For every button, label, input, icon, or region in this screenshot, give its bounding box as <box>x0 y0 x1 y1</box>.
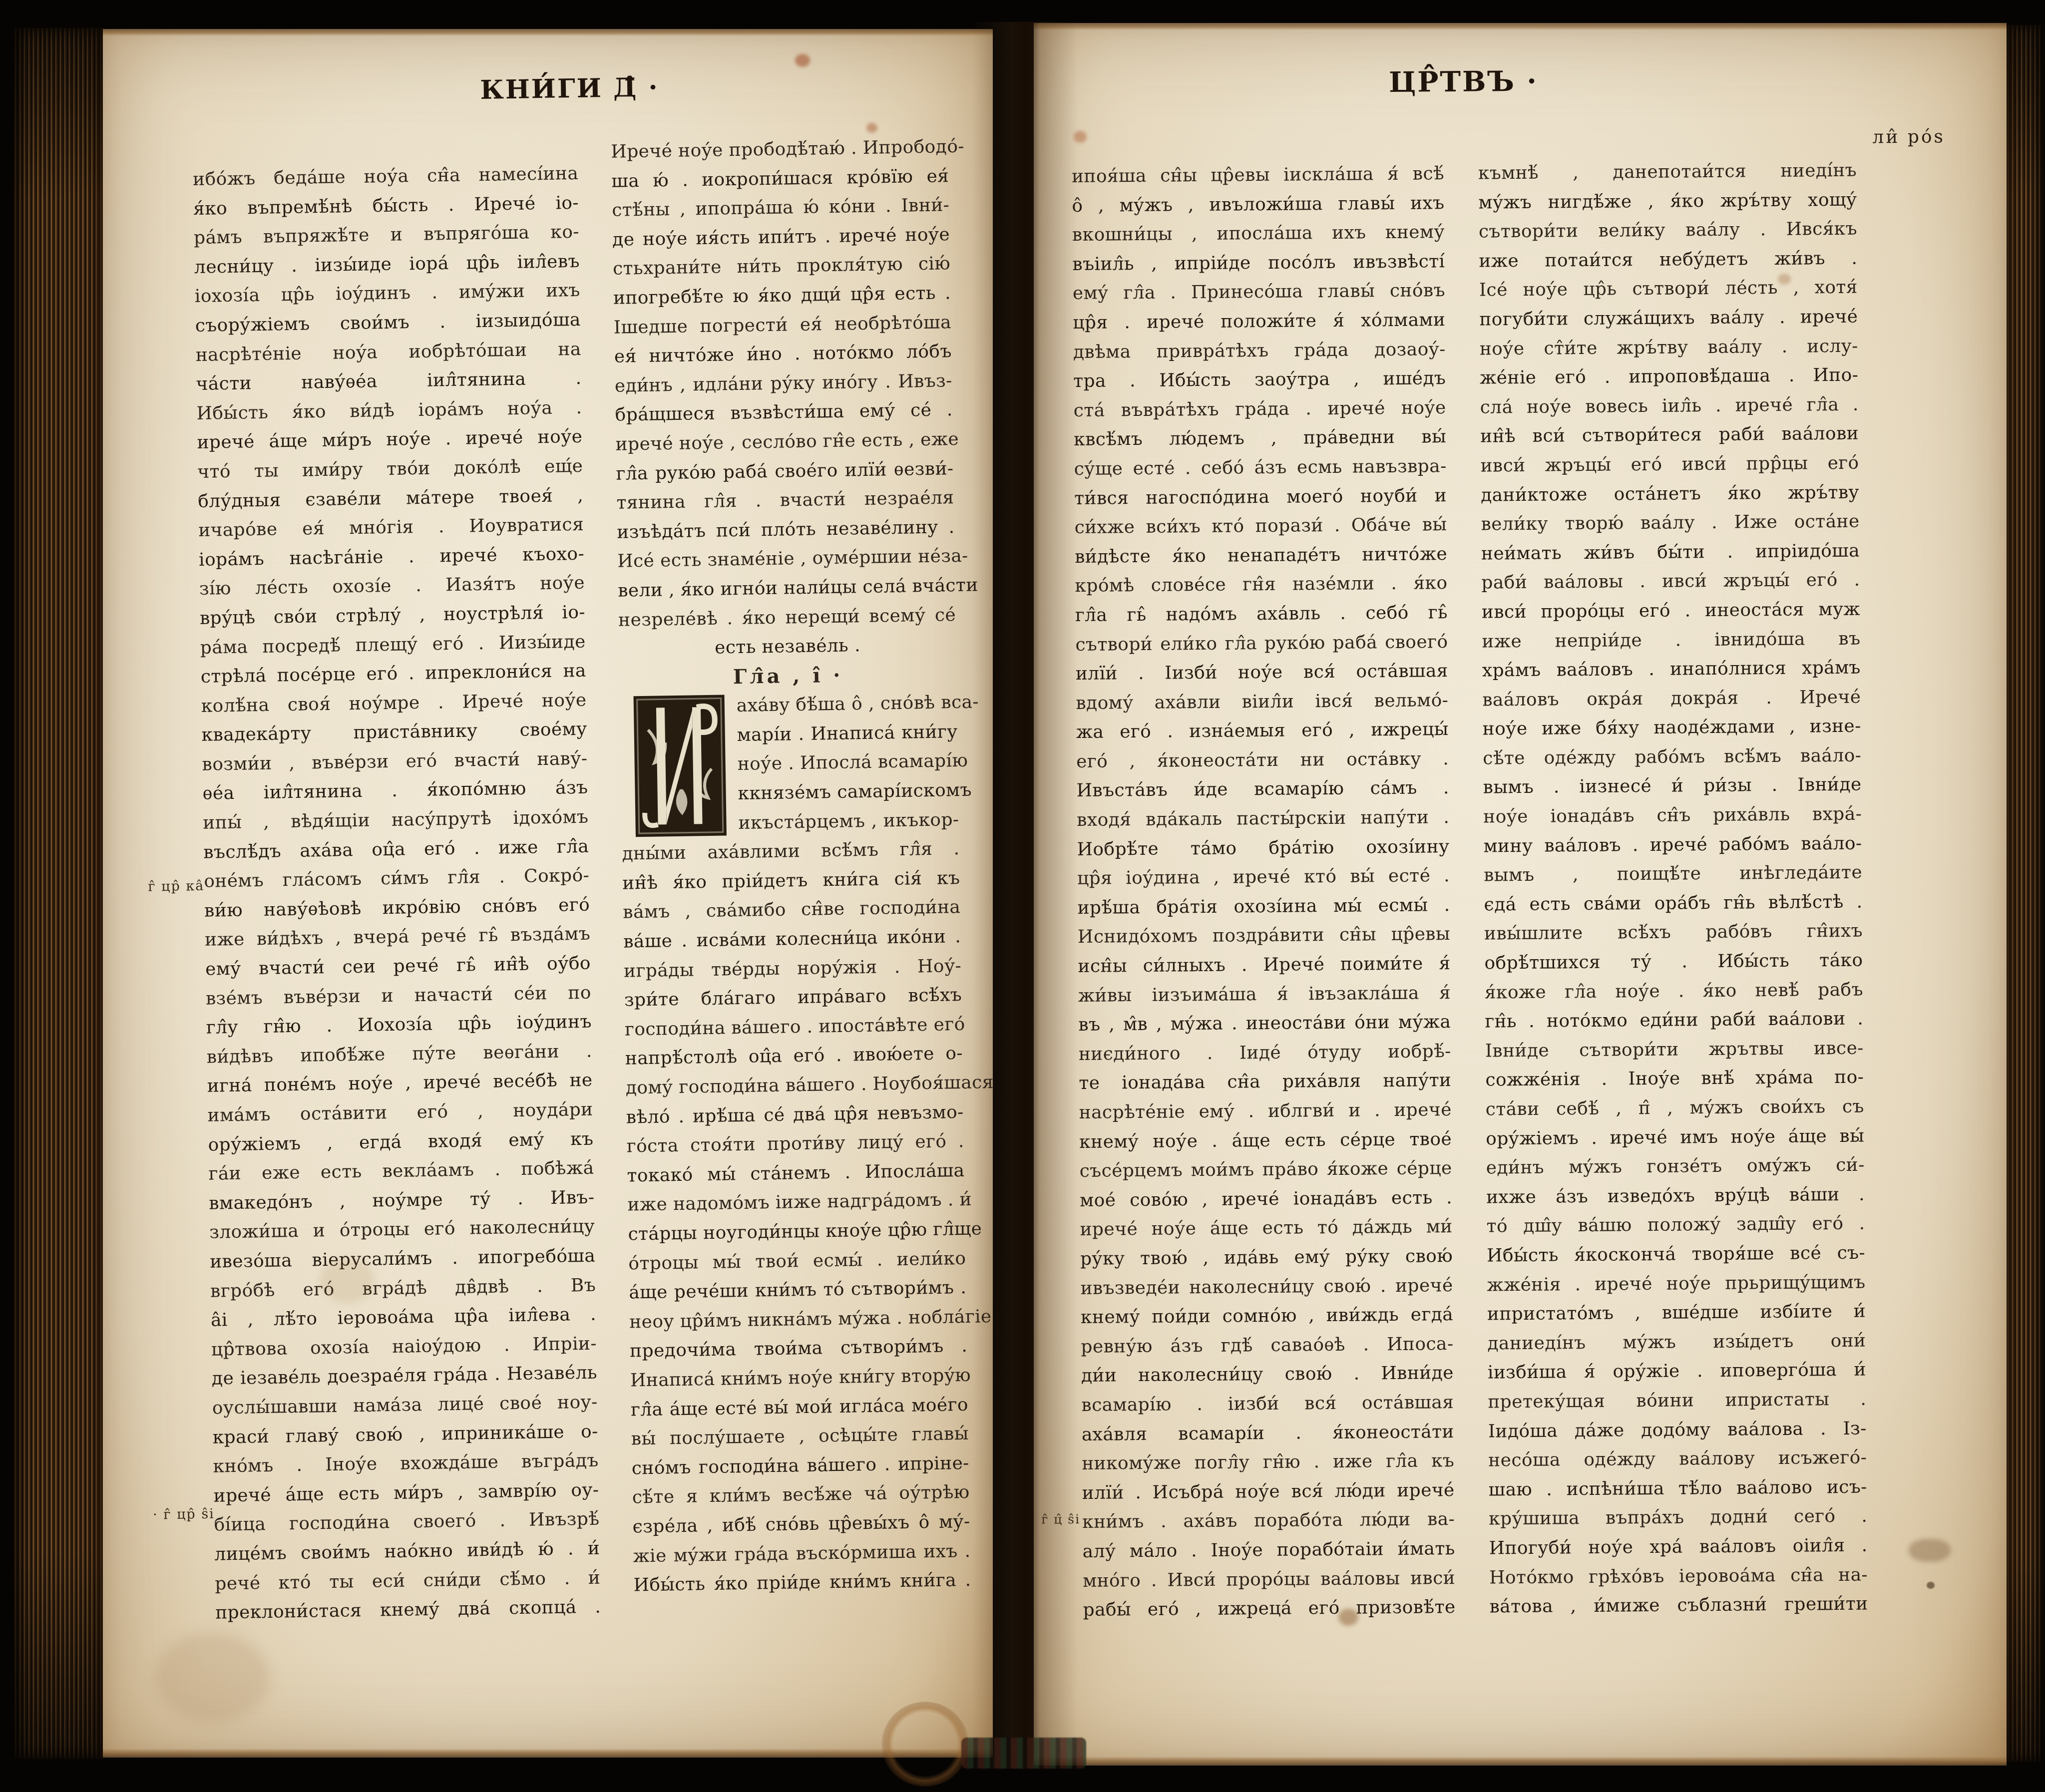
text-line: ивси́ жръцы́ его́ ивси́ прр̂цы его́ <box>1480 449 1859 481</box>
text-line: стьхрани́те ни́ть прокля́тую сію́ <box>613 250 951 284</box>
text-line: ирѣ́ша бра́тія охозі́ина мы́ есмы́ . <box>1077 891 1450 923</box>
text-line: іизби́ша я́ ору́жіе . иповерго́ша и́ <box>1488 1356 1866 1388</box>
text-line: неи́мать жи́въ бы́ти . ипріидо́ша <box>1481 536 1860 569</box>
text-line: ин̂ѣ вси́ сътвори́теся раби́ ваа́лови <box>1480 419 1859 452</box>
text-line: оне́мъ гла́сомъ си́мъ гл̂я . Сокро́- <box>204 861 590 897</box>
text-line: вели́ку творю́ ваа́лу . Иже оста́не <box>1481 507 1859 540</box>
text-line: аха́ву бѣ́ша о̂ , сно́вѣ вса- <box>736 688 957 721</box>
text-line: же́ніе его́ . ипроповѣ́даша . Ипо- <box>1480 361 1858 393</box>
text-line: те іонада́ва сн̂а риха́вля напу́ти <box>1079 1067 1451 1098</box>
text-line: Ибы́сть я́ко ви́дѣ іора́мъ ноу́а . <box>196 393 582 429</box>
text-line: о̂ , му́жъ , ивъложи́ша главы́ ихъ <box>1072 189 1444 221</box>
right-page-column-2: къмнѣ́ , данепотаи́тся ниеді́нъму́жъ ниг… <box>1478 156 1868 1622</box>
text-line: цр̂я . ирече́ положи́те я́ хо́лмами <box>1073 306 1445 338</box>
text-line: Ирече́ ноу́е прободѣ́таю́ . Ипрободо́- <box>611 132 949 167</box>
text-line: цр̂я іоу́дина , ирече́ кто́ вы́ есте́ . <box>1077 861 1450 893</box>
text-line: кро́мѣ слове́се гн̂я назе́мли . я́ко <box>1075 569 1447 601</box>
text-line: сожже́нія . Іноу́е внѣ́ хра́ма по- <box>1485 1063 1864 1095</box>
text-line: мно́го . Ивси́ проро́цы ваа́ловы ивси́ <box>1083 1564 1455 1596</box>
text-line: ноу́е иже бя́ху наоде́ждами , изне- <box>1483 712 1861 744</box>
text-line: иже ви́дѣхъ , вчера́ рече́ гь̂ възда́мъ <box>205 920 591 955</box>
text-line: ипристато́мъ , вше́дше избі́ите и́ <box>1487 1297 1866 1330</box>
text-line: тра . Ибы́сть заоу́тра , ише́дъ <box>1073 364 1446 396</box>
text-line: кни́мъ . аха́въ порабо́та лю́ди ва- <box>1082 1505 1455 1537</box>
text-line: илїи́ . Іизби́ ноу́е вся́ оста́вшая <box>1076 657 1448 689</box>
text-line: ирече́ ноу́е а́ще есть то́ да́ждь ми́ <box>1080 1212 1452 1244</box>
text-line: рече́ кто́ ты еси́ сни́ди сѣ́мо . и́ <box>215 1563 601 1599</box>
text-line: жіе му́жи гра́да въско́рмиша ихъ . <box>633 1536 971 1571</box>
text-line: незреле́вѣ . я́ко нерещи́ всему́ се́ <box>618 601 956 635</box>
text-line: зри́те бла́гаго ипра́ваго всѣ́хъ <box>624 981 962 1015</box>
text-line: въіил̂ь , ипріи́де посо́лъ ивъзвѣсті́ <box>1072 247 1445 279</box>
text-line: ноу́е іонада́въ сн̂ъ риха́вль вхра́- <box>1483 800 1862 832</box>
right-running-title: ЦР̂ТВЪ · <box>1071 62 1856 101</box>
text-line: кнему́ пои́ди сомно́ю , иви́ждь егда́ <box>1081 1300 1453 1332</box>
text-line: о́троцы мы́ твои́ есмы́ . иели́ко <box>628 1244 966 1279</box>
text-line: обрѣ́тшихся ту́ . Ибы́сть та́ко <box>1484 946 1863 979</box>
text-line: Исе́ есть знаме́ніе , оуме́ршии не́за- <box>617 542 955 576</box>
text-line: бі́ица господи́на своего́ . Ивъзрѣ́ <box>214 1505 600 1540</box>
text-line: Ивъста́въ и́де всамарі́ю са́мъ . <box>1076 774 1449 806</box>
text-line: ибо́жъ беда́ше ноу́а сн̂а намесі́ина <box>193 159 579 195</box>
text-line: икъста́рцемъ , икъкор- <box>738 805 959 838</box>
margin-note-reference-3: г̂ ц̂ ѕ̂і <box>1041 1512 1080 1527</box>
text-line: ирече́ ноу́е , сесло́во гн̂е есть , еже <box>615 425 953 459</box>
text-line: колѣ́на своя́ ноу́мре . Ирече́ ноу́е <box>201 686 587 721</box>
left-page: КНИ́ГИ Д̂ · г̂ цр̂ ка̂ · г̂ цр̂ ѕ̂і ибо́… <box>103 29 993 1758</box>
text-line: сла́ ноу́е вовесь іил̂ь . ирече́ гл̂а . <box>1480 390 1858 422</box>
text-line: ипы́ , вѣдя́щіи насу́прутѣ ідохо́мъ <box>203 803 589 838</box>
text-line: вѣло́ . ирѣ́ша се́ два́ цр̂я невъзмо- <box>626 1098 964 1132</box>
column-2-lower-text: дны́ми аха́влими всѣ́мъ гл̂я .ин̂ѣ я́ко … <box>622 834 971 1600</box>
text-line: зложи́ша и о́троцы его́ наколесни́цу <box>209 1212 595 1248</box>
text-line: вдому́ аха́вли віил̂и івся́ вельмо́- <box>1076 686 1448 718</box>
text-line: сътвори́ти вели́ку ваа́лу . Ився́къ <box>1479 215 1857 247</box>
text-line: цр̂твова охозі́а наіоу́дою . Ипріи- <box>211 1329 597 1365</box>
text-line: ваа́ловъ окра́я докра́я . Ирече́ <box>1482 683 1861 715</box>
text-line: ин̂ѣ я́ко пріи́детъ кни́га сія́ къ <box>622 864 960 898</box>
text-line: претеку́щая во́ини ипристаты . <box>1488 1385 1866 1418</box>
text-line: предочи́ма твои́ма сътвори́мъ . <box>630 1332 968 1366</box>
text-line: ти́вся нагоспо́дина моего́ ноуби́ и <box>1074 481 1447 513</box>
text-line: то́ дш̂у ва́шю положу́ задш̂у его́ . <box>1486 1209 1865 1242</box>
text-line: ккнязе́мъ самарі́искомъ <box>738 776 959 809</box>
text-line: дому́ господи́на ва́шего . Ноубоя́шася <box>625 1069 963 1103</box>
text-line: возми́и , въве́рзи его́ вчасти́ наву́- <box>202 744 588 780</box>
text-line: хра́мъ ваа́ловъ . инапо́лнися хра́мъ <box>1482 654 1861 686</box>
text-line: бра́щшеся възвѣсти́ша ему́ се́ . <box>615 396 953 430</box>
text-line: ивъзведе́и наколесни́цу свою́ . ирече́ <box>1080 1271 1453 1303</box>
text-line: ноу́е ст̂и́те жръ́тву ваа́лу . ислу- <box>1480 332 1858 364</box>
text-line: кнему́ ноу́е . а́ще есть се́рце твое́ <box>1079 1125 1452 1157</box>
text-line: Иснидо́хомъ поздра́вити сн̂ы цр̂евы <box>1078 920 1450 952</box>
text-line: ва́ше . исва́ми колесни́ца ико́ни . <box>623 922 961 957</box>
text-line: зі́ю ле́сть охозі́е . Иазя́тъ ноу́е <box>199 569 585 604</box>
text-line: погуби́ти служа́щихъ ваа́лу . ирече́ <box>1479 303 1858 335</box>
text-line: Инаписа́ кни́мъ ноу́е кни́гу втору́ю <box>630 1361 968 1396</box>
right-page-column-1: ипоя́ша сн̂ы цр̂евы іискла́ша я́ всѣ́о̂ … <box>1072 159 1456 1625</box>
text-line: изъѣда́тъ пси́ пло́ть незаве́лину . <box>617 513 955 547</box>
text-line: жа его́ . изна́емыя его́ , ижрецы́ <box>1076 715 1449 747</box>
text-line: ичаро́ве ея́ мно́гія . Иоувратися <box>198 510 584 546</box>
text-line: вкошни́цы , ипосла́ша ихъ кнему́ <box>1072 218 1445 250</box>
text-line: алу́ ма́ло . Іноу́е порабо́таіи и́мать <box>1082 1534 1455 1566</box>
text-line: съсе́рцемъ мои́мъ пра́во я́коже се́рце <box>1079 1154 1452 1186</box>
text-line: двѣма привра́тѣхъ гра́да дозаоу́- <box>1073 335 1446 367</box>
text-line: мое́ сово́ю , ирече́ іонада́въ есть . <box>1080 1183 1452 1215</box>
text-line: му́жъ нигдѣ́же , я́ко жръ́тву хощу́ <box>1478 185 1857 218</box>
text-line: тянина гл̂я . вчасти́ незрае́ля <box>616 483 954 518</box>
text-line: вымъ . іизнесе́ и́ ри́зы . Івни́де <box>1483 770 1861 803</box>
text-line: Ибы́сть я́ко пріи́де кни́мъ кни́га . <box>633 1566 971 1600</box>
text-line: кру́шиша въпра́хъ додни́ сего́ . <box>1489 1502 1867 1534</box>
text-line: кно́мъ . Іноу́е вхожда́ше въгра́дъ <box>213 1446 599 1482</box>
text-line: ста́ въвра́тѣхъ гра́да . ирече́ ноу́е <box>1074 393 1446 425</box>
text-line: га́и еже есть векла́амъ . побѣжа́ <box>208 1154 594 1189</box>
text-line: Ішедше погрести́ ея́ необрѣто́ша <box>613 308 951 343</box>
text-line: иже надомо́мъ іиже надгра́домъ . и́ <box>627 1185 965 1220</box>
text-line: вы́ послу́шаете , осѣцы́те главы́ <box>631 1420 969 1454</box>
text-line: марі́и . Инаписа́ кни́гу <box>737 717 958 750</box>
text-line: ва́това , и́миже съблазни́ греши́ти <box>1489 1590 1868 1622</box>
text-line: гл̂а а́ще есте́ вы́ мои́ игла́са мое́го <box>631 1390 969 1425</box>
text-line: ва́мъ , сва́мибо сн̂ве господи́на <box>623 893 961 928</box>
left-running-title: КНИ́ГИ Д̂ · <box>191 67 948 110</box>
text-line: а́ще рече́ши кни́мъ то́ сътвори́мъ . <box>629 1273 967 1308</box>
text-line: ра́мъ въпряжѣ́те и въпряго́ша ко- <box>194 218 580 253</box>
margin-note-reference-1: г̂ цр̂ ка̂ <box>148 878 204 895</box>
text-line: Иобрѣ́те та́мо бра́тію охозі́ину <box>1077 832 1449 864</box>
text-line: иже непріи́де . івнидо́ша въ <box>1482 624 1860 657</box>
text-line: взе́мъ въве́рзи и начасти́ се́и по <box>205 978 591 1014</box>
text-line: игра́ды тве́рды нору́жія . Ноу́- <box>624 952 962 986</box>
text-line: стѣ́ны , ипопра́ша ю́ ко́ни . Івни́- <box>612 191 950 225</box>
text-line: токако́ мы́ ста́немъ . Ипосла́ша <box>627 1156 965 1191</box>
open-book: КНИ́ГИ Д̂ · г̂ цр̂ ка̂ · г̂ цр̂ ѕ̂і ибо́… <box>10 8 2044 1781</box>
text-line: квсѣ́мъ лю́демъ , пра́ведни вы́ <box>1074 422 1446 454</box>
text-line: ихже а́зъ изведо́хъ вру́цѣ ва́ши . <box>1486 1180 1865 1212</box>
text-line: ви́дѣвъ ипобѣ́же пу́те веѳга́ни . <box>206 1037 592 1072</box>
text-line: ревну́ю а́зъ гдѣ́ савао́ѳѣ . Ипоса- <box>1081 1330 1453 1362</box>
text-line: еди́нъ , идла́ни ру́ку ино́гу . Ивъз- <box>614 366 952 401</box>
text-line: шаю . испѣни́ша тѣ́ло ваа́лово исъ- <box>1489 1472 1867 1505</box>
text-line: илїи́ . Исъбра́ ноу́е вся́ лю́ди ирече́ <box>1082 1476 1455 1508</box>
left-page-column-2: Ирече́ ноу́е прободѣ́таю́ . Ипрободо́-ша… <box>611 132 971 1600</box>
text-line: ди́и наколесни́цу свою́ . Ивни́де <box>1081 1359 1454 1391</box>
text-line: исн̂ы си́лныхъ . Ирече́ поими́те я́ <box>1078 949 1450 981</box>
text-line: никому́же погл̂у гн̂ю . иже гл̂а къ <box>1082 1446 1454 1478</box>
photograph-of-open-antique-book: { "left_page": { "header": "КНИ́ГИ Д̂ ·"… <box>0 0 2045 1792</box>
text-line: гн̂ь . ното́кмо еди́ни раби́ ваа́лови . <box>1485 1005 1863 1037</box>
fore-edge-left-page-stack <box>13 28 104 1759</box>
text-line: су́ще есте́ . себо́ а́зъ есмь навъзвра- <box>1074 452 1446 484</box>
text-line: ви́дѣсте я́ко ненападе́тъ ничто́же <box>1075 540 1447 572</box>
text-line: има́мъ оста́вити его́ , ноуда́ри <box>207 1095 593 1131</box>
chapter-heading: Гл̂а , і̂ · <box>619 659 957 694</box>
text-line: ста́рцы ноугоди́нцы кноу́е цр̂ю гл̂ще <box>628 1215 966 1249</box>
text-line: несо́ша оде́жду ваа́лову исъжего́- <box>1488 1443 1867 1476</box>
margin-note-reference-2: · г̂ цр̂ ѕ̂і <box>153 1506 215 1523</box>
text-line: неоу цр̂и́мъ никна́мъ му́жа . нобла́гіе <box>629 1303 967 1337</box>
text-line: къмнѣ́ , данепотаи́тся ниеді́нъ <box>1478 156 1857 189</box>
left-page-column-1: ибо́жъ беда́ше ноу́а сн̂а намесі́иная́ко… <box>193 159 601 1628</box>
text-line: ра́ма посредѣ́ плещу́ его́ . Иизы́иде <box>200 627 586 663</box>
woodcut-initial-letter-block <box>633 694 728 838</box>
text-line: иже потаи́тся небу́детъ жи́въ . <box>1479 244 1857 276</box>
text-line: сѣ́те оде́жду рабо́мъ всѣ́мъ ваа́ло- <box>1483 741 1861 774</box>
right-page: ЦР̂ТВЪ · ли̂ ро́ѕ г̂ ц̂ ѕ̂і ипоя́ша сн̂ы… <box>1034 23 2007 1766</box>
ornate-initial-I-icon <box>633 694 728 838</box>
text-line: ниєди́ного . Іиде́ о́туду иобрѣ́- <box>1079 1037 1451 1069</box>
text-line: іохозі́а цр̂ь іоу́динъ . иму́жи ихъ <box>194 276 580 312</box>
text-line: сѣ́те я кли́мъ весѣ́же ча́ оу́трѣю <box>632 1478 970 1512</box>
text-beside-initial: аха́ву бѣ́ша о̂ , сно́вѣ вса-марі́и . Ин… <box>736 688 959 838</box>
text-line: го́ста стоя́ти проти́ву лицу́ его́ . <box>626 1127 964 1161</box>
text-line: єзре́ла , ибѣ́ сно́вь цр̂евы́хъ о̂ му́- <box>632 1507 970 1542</box>
text-line: ору́жіемъ . ирече́ имъ ноу́е а́ще вы́ <box>1486 1121 1864 1154</box>
text-line: си́хже вси́хъ кто́ порази́ . Оба́че вы́ <box>1074 510 1447 542</box>
text-line: де ноу́е ия́сть ипи́тъ . ирече́ ноу́е <box>612 220 950 255</box>
text-line: что́ ты ими́ру тво́и доко́лѣ ещ́е <box>197 452 583 487</box>
text-line: дны́ми аха́влими всѣ́мъ гл̂я . <box>622 834 960 869</box>
column-2-upper-text: Ирече́ ноу́е прободѣ́таю́ . Ипрободо́-ша… <box>611 132 956 635</box>
text-line: я́коже гл̂а ноу́е . я́ко невѣ́ рабъ <box>1485 975 1863 1008</box>
text-line: ея́ ничто́же и́но . ното́кмо ло́бъ <box>614 337 952 371</box>
paragraph-end-line: есть незаве́ль . <box>619 630 957 664</box>
text-line: его́ , я́конеоста́ти ни оста́вку . <box>1076 744 1449 776</box>
text-line: сно́мъ господи́на ва́шего . ипріне- <box>631 1449 969 1483</box>
text-line: сътвори́ ели́ко гл̂а руко́ю раба́ своего… <box>1075 628 1448 660</box>
text-line: ивси́ проро́цы его́ . инеоста́ся муж <box>1482 595 1860 628</box>
text-line: Ибы́сть я́косконча́ творя́ше все́ съ- <box>1487 1239 1865 1271</box>
text-line: даниеді́нъ му́жъ изы́детъ они́ <box>1487 1326 1866 1359</box>
text-line: преклони́стася кнему́ два́ скопца́ . <box>215 1593 601 1628</box>
text-line: входя́ вда́каль пасты́рскіи напу́ти . <box>1077 803 1449 835</box>
text-line: еди́нъ му́жъ гонзе́тъ ому́жъ си́- <box>1486 1151 1864 1183</box>
text-line: въ , м̂в , му́жа . инеоста́ви о́ни му́жа <box>1078 1008 1451 1040</box>
text-line: Ипогуби́ ноу́е хра́ ваа́ловъ оіил̂я . <box>1489 1531 1867 1563</box>
folio-number: ли̂ ро́ѕ <box>1872 126 1987 148</box>
text-line: мину ваа́ловъ . ирече́ рабо́мъ ваа́ло- <box>1483 829 1862 861</box>
text-line: всамарі́ю . іизби́ вся́ оста́вшая <box>1081 1388 1454 1420</box>
text-line: насрѣте́ніе ноу́а иобрѣто́шаи на <box>195 335 581 370</box>
text-line: ша ю́ . иокропи́шася кро́вїю ея́ <box>611 162 949 196</box>
text-line: Івни́де сътвори́ти жрътвы ивсе- <box>1485 1034 1864 1066</box>
text-line: оуслы́шавши нама́за лице́ свое́ ноу- <box>212 1388 598 1424</box>
text-line: ста́ви себѣ́ , п̂ , му́жъ свои́хъ съ <box>1486 1092 1864 1125</box>
text-line: вели , я́ко игно́и нали́цы села́ вча́сти <box>618 571 956 606</box>
text-line: ипогребѣ́те ю я́ко дщи́ цр̂я есть . <box>613 279 951 313</box>
text-line: господи́на ва́шего . ипоста́вѣте его́ <box>625 1010 963 1045</box>
text-line: ру́ку твою́ , ида́вь ему́ ру́ку свою́ <box>1080 1242 1453 1274</box>
text-line: Ісе́ ноу́е цр̂ь сътвори́ ле́сть , хотя́ <box>1479 273 1858 306</box>
text-line: напрѣ́столѣ оц̂а его́ . ивою́ете о- <box>625 1039 963 1074</box>
text-line: Ното́кмо грѣхо́въ іеровоа́ма сн̂а на- <box>1489 1560 1868 1593</box>
text-line: жи́вы іизъима́ша я́ івъзакла́ша я́ <box>1078 979 1451 1011</box>
text-line: ипоя́ша сн̂ы цр̂евы іискла́ша я́ всѣ́ <box>1072 159 1444 191</box>
chapter-opening-row: аха́ву бѣ́ша о̂ , сно́вѣ вса-марі́и . Ин… <box>619 688 959 840</box>
text-line: вымъ , поищѣ́те инѣгледа́ите <box>1484 858 1862 891</box>
text-line: дани́ктоже оста́нетъ я́ко жръ́тву <box>1481 478 1859 510</box>
text-line: ноу́е . Ипосла́ всамарі́ю <box>737 747 958 780</box>
text-line: раби́ ваа́ловы . ивси́ жръцы́ его́ . <box>1481 566 1860 598</box>
text-line: гл̂а руко́ю раба́ свое́го илїи́ ѳезви́- <box>616 454 954 489</box>
text-line: вгро́бѣ его́ вгра́дѣ дв̂двѣ . Въ <box>210 1271 596 1306</box>
text-line: гл̂а гь̂ надо́мъ аха́вль . себо́ гь̂ <box>1075 598 1448 630</box>
text-line: рабы́ его́ , ижреца́ его́ призовѣ́те <box>1083 1593 1455 1625</box>
text-line: ему́ гл̂а . Принесо́ша главы́ сно́въ <box>1073 277 1445 309</box>
text-line: насрѣте́ніе ему́ . иблгви́ и . ирече́ <box>1079 1095 1452 1127</box>
text-line: єда́ есть сва́ми ора́бъ гн̂ь вѣлѣ́стѣ . <box>1484 887 1862 920</box>
text-line: Іидо́ша да́же додо́му ваа́лова . Із- <box>1488 1414 1867 1446</box>
text-line: ивы́шлите всѣ́хъ рабо́въ гн̂ихъ <box>1484 917 1863 949</box>
text-line: жже́нія . ирече́ ноу́е прьрищу́щимъ <box>1487 1268 1865 1300</box>
text-line: аха́вля всамарі́и . я́конеоста́ти <box>1082 1418 1454 1449</box>
